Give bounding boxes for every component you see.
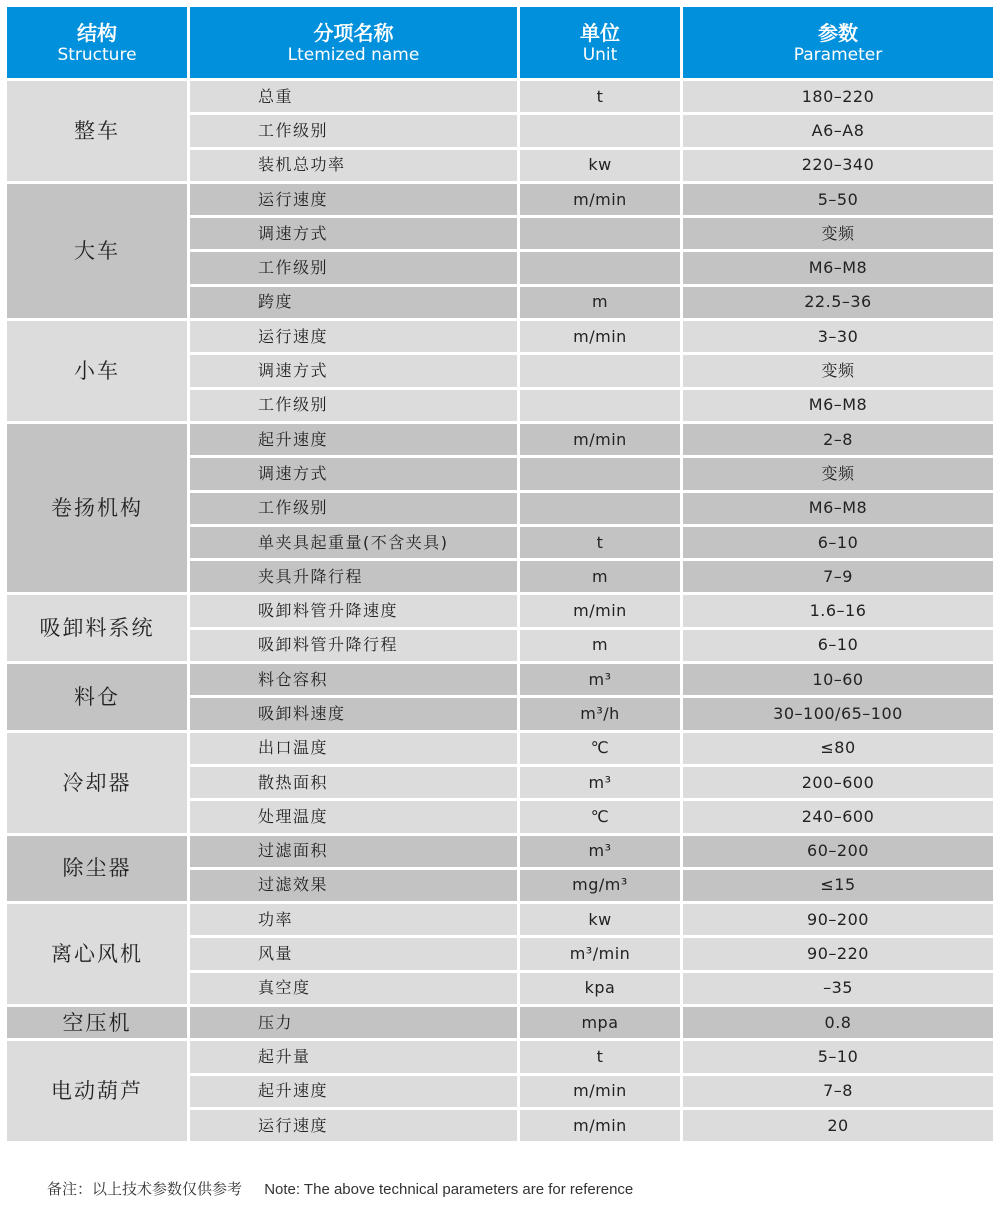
param-cell: 2–8 (683, 424, 993, 458)
param-cell: –35 (683, 973, 993, 1007)
header-structure-en: Structure (7, 45, 187, 65)
item-cell: 调速方式 (190, 355, 520, 389)
unit-cell: m/min (520, 1076, 683, 1110)
structure-cell: 小车 (7, 321, 190, 424)
header-parameter-cn: 参数 (683, 21, 993, 45)
header-structure-cn: 结构 (7, 21, 187, 45)
header-parameter-en: Parameter (683, 45, 993, 65)
item-cell: 压力 (190, 1007, 520, 1041)
unit-cell: kw (520, 904, 683, 938)
item-cell: 工作级别 (190, 390, 520, 424)
item-cell: 起升速度 (190, 1076, 520, 1110)
unit-cell (520, 493, 683, 527)
unit-cell: m³/h (520, 698, 683, 732)
param-cell: 7–9 (683, 561, 993, 595)
header-item: 分项名称 Ltemized name (190, 7, 520, 81)
param-cell: 3–30 (683, 321, 993, 355)
item-cell: 装机总功率 (190, 150, 520, 184)
item-cell: 工作级别 (190, 115, 520, 149)
structure-cell: 卷扬机构 (7, 424, 190, 595)
item-cell: 真空度 (190, 973, 520, 1007)
header-structure: 结构 Structure (7, 7, 190, 81)
item-cell: 运行速度 (190, 1110, 520, 1144)
unit-cell: m/min (520, 321, 683, 355)
unit-cell: t (520, 81, 683, 115)
unit-cell: m³ (520, 767, 683, 801)
param-cell: 90–200 (683, 904, 993, 938)
table-row: 大车运行速度m/min5–50 (7, 184, 993, 218)
structure-cell: 电动葫芦 (7, 1041, 190, 1144)
item-cell: 料仓容积 (190, 664, 520, 698)
item-cell: 吸卸料速度 (190, 698, 520, 732)
param-cell: 1.6–16 (683, 595, 993, 629)
footnote: 备注：以上技术参数仅供参考 Note: The above technical … (47, 1178, 633, 1199)
param-cell: 180–220 (683, 81, 993, 115)
item-cell: 工作级别 (190, 493, 520, 527)
item-cell: 吸卸料管升降速度 (190, 595, 520, 629)
item-cell: 功率 (190, 904, 520, 938)
table-row: 离心风机功率kw90–200 (7, 904, 993, 938)
header-unit: 单位 Unit (520, 7, 683, 81)
param-cell: M6–M8 (683, 390, 993, 424)
unit-cell: m/min (520, 424, 683, 458)
structure-cell: 吸卸料系统 (7, 595, 190, 664)
param-cell: 90–220 (683, 938, 993, 972)
item-cell: 调速方式 (190, 458, 520, 492)
unit-cell: t (520, 1041, 683, 1075)
unit-cell (520, 218, 683, 252)
header-item-en: Ltemized name (190, 45, 517, 65)
unit-cell: kpa (520, 973, 683, 1007)
footnote-cn: 备注：以上技术参数仅供参考 (47, 1181, 242, 1198)
item-cell: 运行速度 (190, 321, 520, 355)
footnote-en: Note: The above technical parameters are… (264, 1181, 633, 1198)
item-cell: 散热面积 (190, 767, 520, 801)
param-cell: M6–M8 (683, 252, 993, 286)
param-cell: 5–10 (683, 1041, 993, 1075)
param-cell: 60–200 (683, 836, 993, 870)
unit-cell: m (520, 287, 683, 321)
param-cell: 7–8 (683, 1076, 993, 1110)
header-unit-en: Unit (520, 45, 680, 65)
unit-cell: ℃ (520, 733, 683, 767)
unit-cell: ℃ (520, 801, 683, 835)
unit-cell: m³ (520, 836, 683, 870)
spec-table: 结构 Structure 分项名称 Ltemized name 单位 Unit … (7, 7, 993, 1144)
unit-cell: mpa (520, 1007, 683, 1041)
param-cell: 变频 (683, 218, 993, 252)
table-row: 空压机压力mpa0.8 (7, 1007, 993, 1041)
item-cell: 吸卸料管升降行程 (190, 630, 520, 664)
unit-cell (520, 252, 683, 286)
param-cell: ≤15 (683, 870, 993, 904)
param-cell: 变频 (683, 458, 993, 492)
header-unit-cn: 单位 (520, 21, 680, 45)
unit-cell: m/min (520, 184, 683, 218)
unit-cell: m/min (520, 595, 683, 629)
table-row: 吸卸料系统吸卸料管升降速度m/min1.6–16 (7, 595, 993, 629)
item-cell: 调速方式 (190, 218, 520, 252)
item-cell: 风量 (190, 938, 520, 972)
table-row: 料仓料仓容积m³10–60 (7, 664, 993, 698)
table-row: 除尘器过滤面积m³60–200 (7, 836, 993, 870)
param-cell: A6–A8 (683, 115, 993, 149)
param-cell: 6–10 (683, 527, 993, 561)
unit-cell: m/min (520, 1110, 683, 1144)
unit-cell: m (520, 561, 683, 595)
unit-cell: m³ (520, 664, 683, 698)
unit-cell: m (520, 630, 683, 664)
structure-cell: 大车 (7, 184, 190, 321)
item-cell: 跨度 (190, 287, 520, 321)
table-row: 小车运行速度m/min3–30 (7, 321, 993, 355)
param-cell: ≤80 (683, 733, 993, 767)
item-cell: 起升量 (190, 1041, 520, 1075)
unit-cell (520, 390, 683, 424)
item-cell: 出口温度 (190, 733, 520, 767)
unit-cell (520, 355, 683, 389)
item-cell: 起升速度 (190, 424, 520, 458)
unit-cell: mg/m³ (520, 870, 683, 904)
item-cell: 单夹具起重量(不含夹具) (190, 527, 520, 561)
structure-cell: 整车 (7, 81, 190, 184)
item-cell: 工作级别 (190, 252, 520, 286)
param-cell: 20 (683, 1110, 993, 1144)
table-row: 卷扬机构起升速度m/min2–8 (7, 424, 993, 458)
table-row: 整车总重t180–220 (7, 81, 993, 115)
item-cell: 过滤面积 (190, 836, 520, 870)
table-body: 整车总重t180–220工作级别A6–A8装机总功率kw220–340大车运行速… (7, 81, 993, 1144)
param-cell: 220–340 (683, 150, 993, 184)
structure-cell: 除尘器 (7, 836, 190, 905)
param-cell: 5–50 (683, 184, 993, 218)
structure-cell: 离心风机 (7, 904, 190, 1007)
param-cell: 240–600 (683, 801, 993, 835)
param-cell: 10–60 (683, 664, 993, 698)
item-cell: 处理温度 (190, 801, 520, 835)
header-parameter: 参数 Parameter (683, 7, 993, 81)
param-cell: 0.8 (683, 1007, 993, 1041)
table-row: 冷却器出口温度℃≤80 (7, 733, 993, 767)
param-cell: 30–100/65–100 (683, 698, 993, 732)
item-cell: 过滤效果 (190, 870, 520, 904)
item-cell: 运行速度 (190, 184, 520, 218)
structure-cell: 冷却器 (7, 733, 190, 836)
param-cell: 变频 (683, 355, 993, 389)
unit-cell (520, 458, 683, 492)
param-cell: M6–M8 (683, 493, 993, 527)
item-cell: 夹具升降行程 (190, 561, 520, 595)
structure-cell: 空压机 (7, 1007, 190, 1041)
structure-cell: 料仓 (7, 664, 190, 733)
unit-cell (520, 115, 683, 149)
unit-cell: kw (520, 150, 683, 184)
item-cell: 总重 (190, 81, 520, 115)
param-cell: 6–10 (683, 630, 993, 664)
param-cell: 22.5–36 (683, 287, 993, 321)
param-cell: 200–600 (683, 767, 993, 801)
table-header: 结构 Structure 分项名称 Ltemized name 单位 Unit … (7, 7, 993, 81)
table-row: 电动葫芦起升量t5–10 (7, 1041, 993, 1075)
unit-cell: m³/min (520, 938, 683, 972)
header-item-cn: 分项名称 (190, 21, 517, 45)
unit-cell: t (520, 527, 683, 561)
